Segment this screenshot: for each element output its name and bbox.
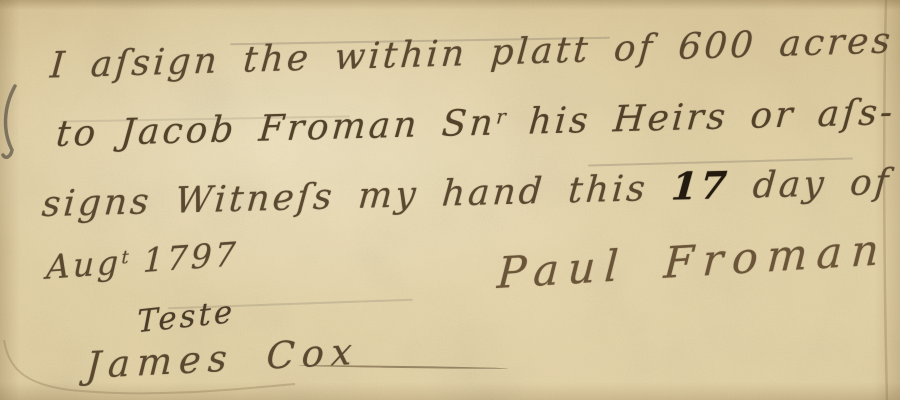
signature-text: Paul Froman [496, 225, 889, 299]
ink-blot-mark [0, 82, 26, 166]
manuscript-line-1: I aſsign the within platt of 600 acres [49, 20, 895, 86]
attestation-text: Teste [137, 294, 235, 340]
signature-paul-froman: Paul Froman [496, 225, 889, 299]
witness-signature-james-cox: James Cox [85, 330, 360, 387]
line-1-text: I aſsign the within platt of 600 acres [49, 20, 895, 86]
attestation-label: Teste [137, 294, 235, 340]
witness-text: James Cox [85, 330, 360, 387]
manuscript-line-2: to Jacob Froman Snr his Heirs or aſs- [55, 92, 897, 155]
date-year: 1797 [129, 234, 240, 281]
line-3-text-pre: signs Witneſs my hand this [40, 168, 673, 226]
day-number: 17 [670, 163, 732, 209]
manuscript-line-3: signs Witneſs my hand this 17 day of [40, 159, 893, 225]
date-month: Aug [46, 242, 122, 286]
manuscript-document: I aſsign the within platt of 600 acres t… [0, 0, 900, 400]
date-line: Augt 1797 [46, 234, 240, 287]
line-2-text-pre: to Jacob Froman Sn [55, 102, 498, 155]
line-3-text-post: day of [728, 162, 893, 207]
line-2-text-post: his Heirs or aſs- [505, 92, 897, 143]
